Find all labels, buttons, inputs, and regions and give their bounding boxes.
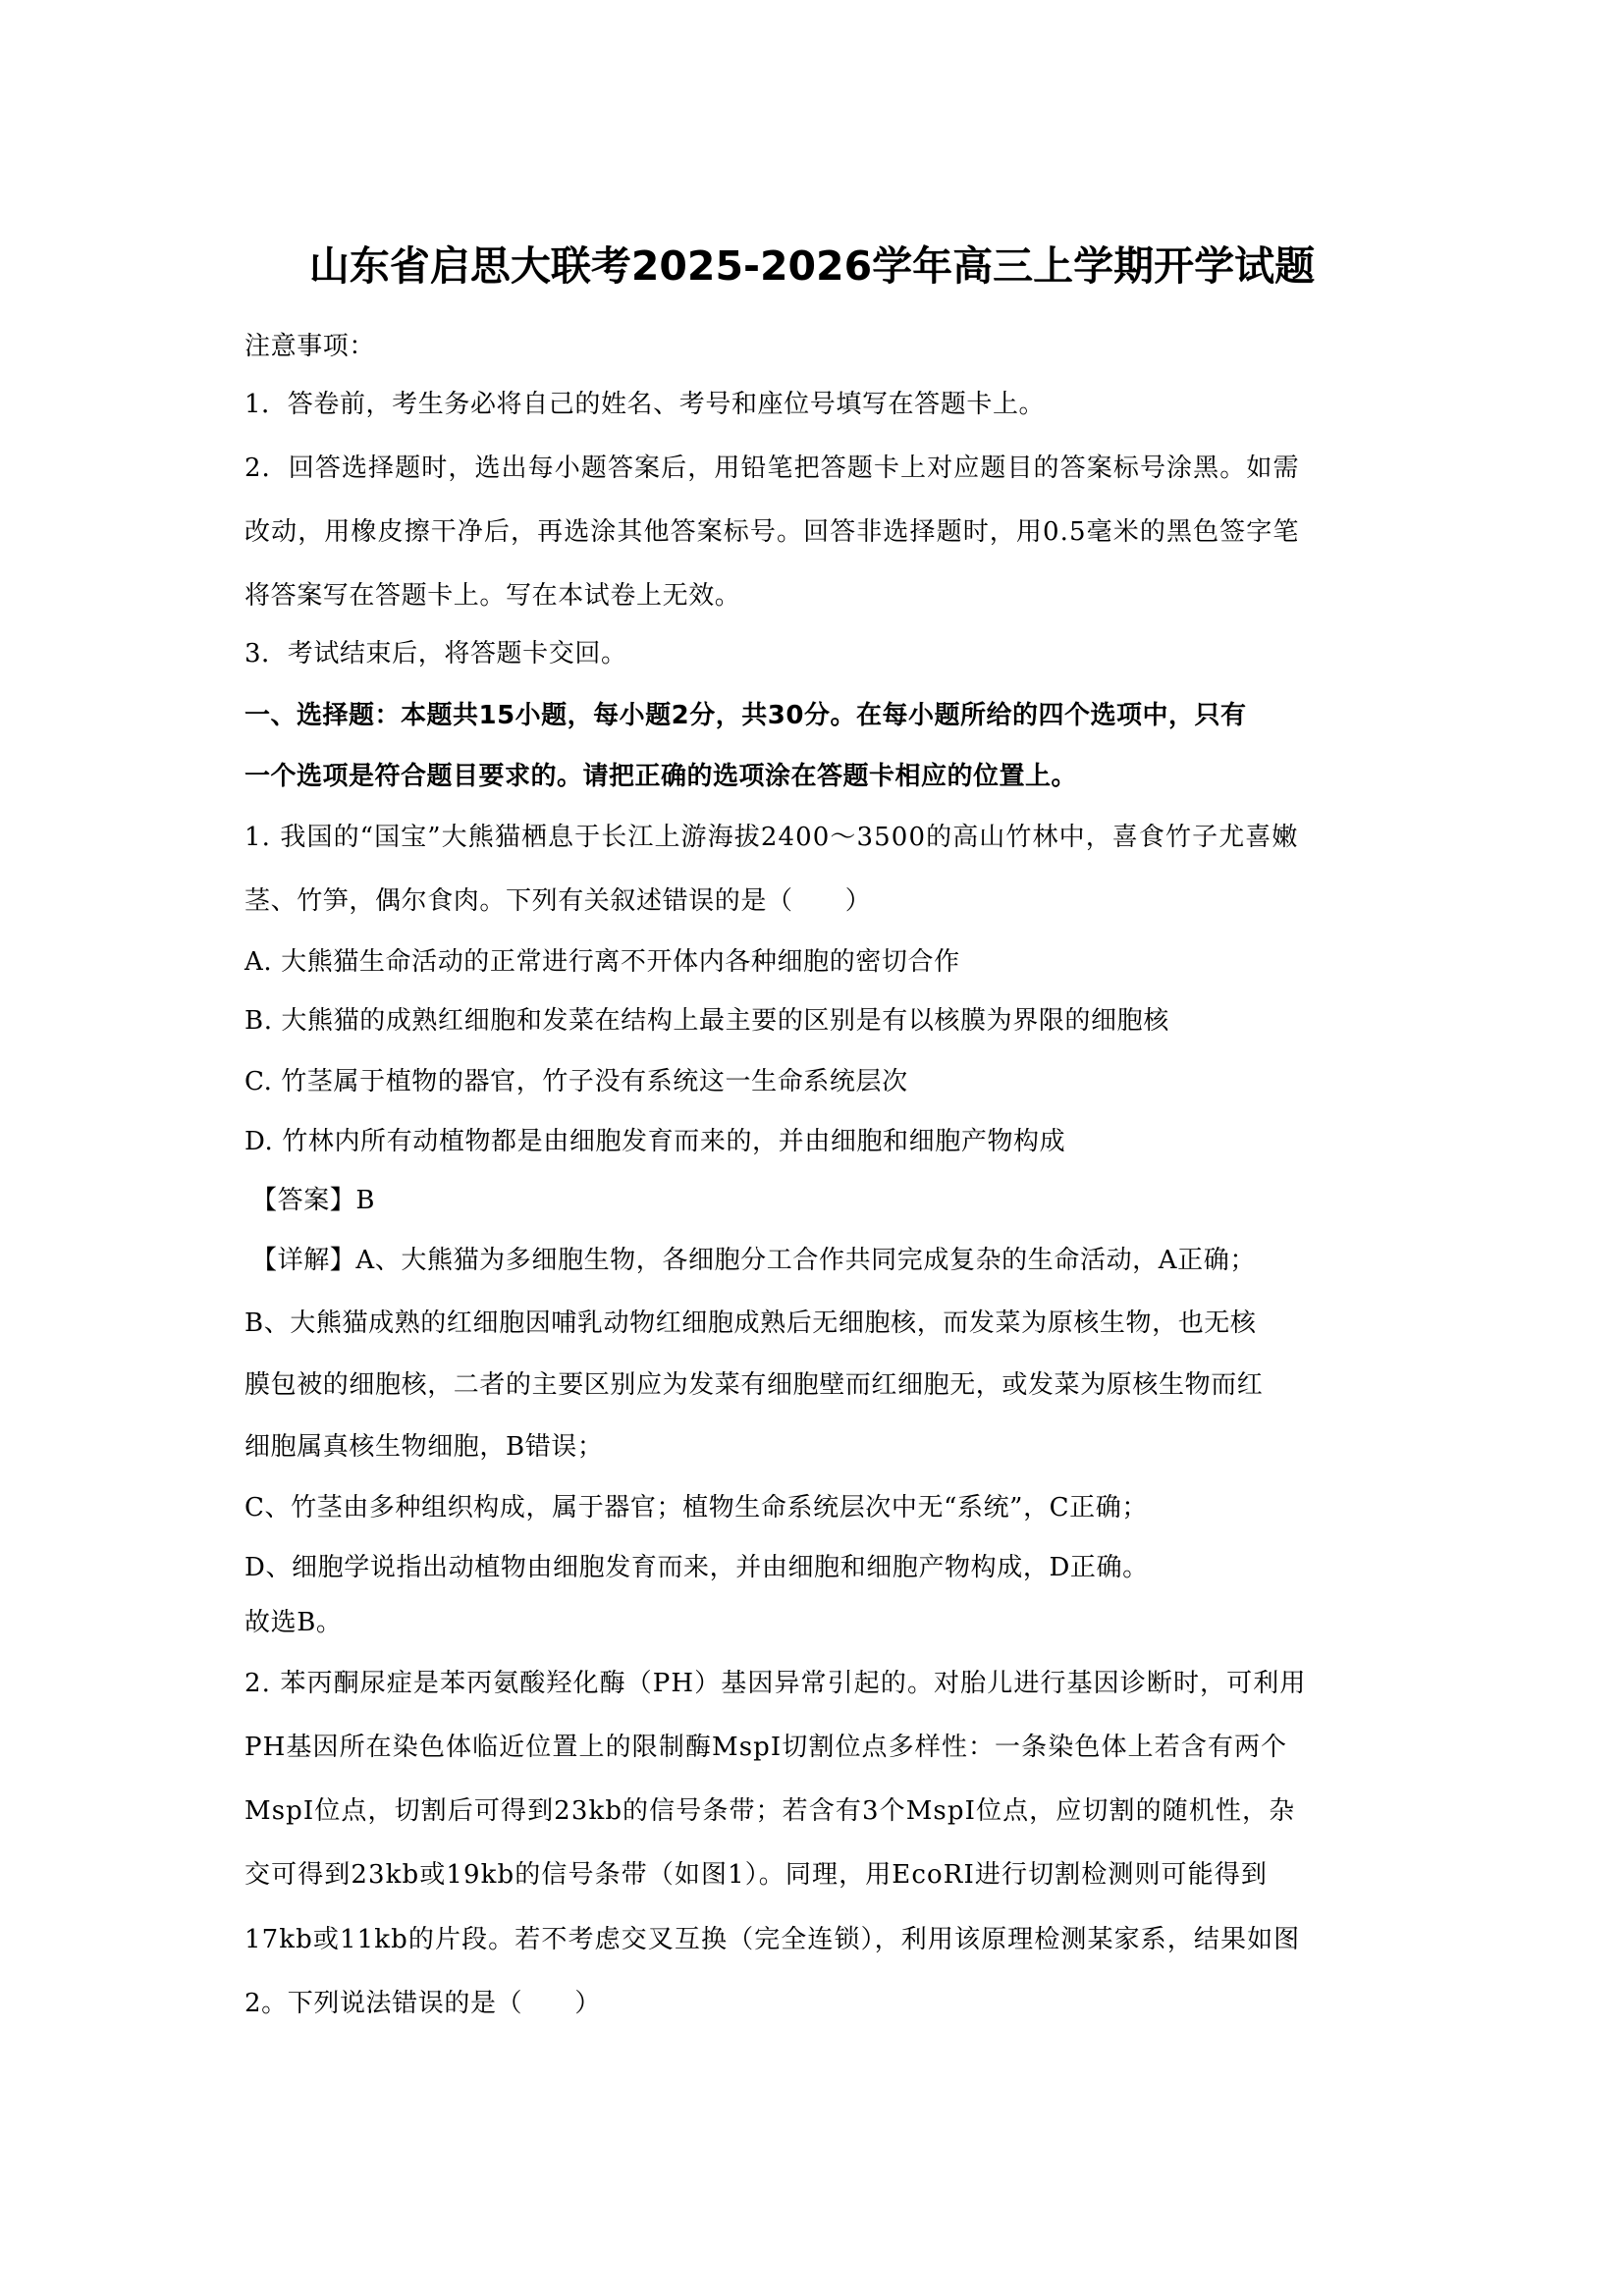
conclusion-line: 故选B。 [244, 1608, 343, 1637]
notice-item: 将答案写在答题卡上。写在本试卷上无效。 [244, 581, 740, 611]
question-stem: MspI位点，切割后可得到23kb的信号条带；若含有3个MspI位点，应切割的随… [244, 1796, 1295, 1826]
page-title: 山东省启思大联考2025-2026学年高三上学期开学试题 [0, 234, 1624, 292]
explanation-line: B、大熊猫成熟的红细胞因哺乳动物红细胞成熟后无细胞核，而发菜为原核生物，也无核 [244, 1308, 1257, 1338]
explanation-line: D、细胞学说指出动植物由细胞发育而来，并由细胞和细胞产物构成，D正确。 [244, 1553, 1149, 1582]
section-heading: 一、选择题：本题共15小题，每小题2分，共30分。在每小题所给的四个选项中，只有 [244, 701, 1246, 730]
explanation-line: 细胞属真核生物细胞，B错误； [244, 1432, 604, 1462]
option-a: A. 大熊猫生命活动的正常进行离不开体内各种细胞的密切合作 [244, 947, 960, 977]
notice-item: 3．考试结束后，将答题卡交回。 [244, 639, 627, 668]
question-stem: PH基因所在染色体临近位置上的限制酶MspI切割位点多样性：一条染色体上若含有两… [244, 1733, 1287, 1762]
notice-item: 2．回答选择题时，选出每小题答案后，用铅笔把答题卡上对应题目的答案标号涂黑。如需 [244, 454, 1300, 483]
explanation-line: C、竹茎由多种组织构成，属于器官；植物生命系统层次中无“系统”，C正确； [244, 1493, 1148, 1522]
option-c: C. 竹茎属于植物的器官，竹子没有系统这一生命系统层次 [244, 1067, 908, 1096]
question-stem: 2. 苯丙酮尿症是苯丙氨酸羟化酶（PH）基因异常引起的。对胎儿进行基因诊断时，可… [244, 1669, 1306, 1698]
question-stem: 茎、竹笋，偶尔食肉。下列有关叙述错误的是（ ） [244, 886, 871, 916]
question-stem: 2。下列说法错误的是（ ） [244, 1989, 601, 2018]
notice-item: 改动，用橡皮擦干净后，再选涂其他答案标号。回答非选择题时，用0.5毫米的黑色签字… [244, 517, 1299, 547]
section-heading: 一个选项是符合题目要求的。请把正确的选项涂在答题卡相应的位置上。 [244, 762, 1077, 791]
question-stem: 1. 我国的“国宝”大熊猫栖息于长江上游海拔2400～3500的高山竹林中，喜食… [244, 823, 1299, 852]
option-d: D. 竹林内所有动植物都是由细胞发育而来的，并由细胞和细胞产物构成 [244, 1127, 1065, 1156]
question-stem: 交可得到23kb或19kb的信号条带（如图1）。同理，用EcoRI进行切割检测则… [244, 1860, 1268, 1890]
explanation-line: 膜包被的细胞核，二者的主要区别应为发菜有细胞壁而红细胞无，或发菜为原核生物而红 [244, 1370, 1263, 1400]
exam-page: 山东省启思大联考2025-2026学年高三上学期开学试题 注意事项： 1．答卷前… [0, 0, 1624, 2296]
option-b: B. 大熊猫的成熟红细胞和发菜在结构上最主要的区别是有以核膜为界限的细胞核 [244, 1006, 1169, 1036]
question-stem: 17kb或11kb的片段。若不考虑交叉互换（完全连锁），利用该原理检测某家系，结… [244, 1925, 1300, 1954]
answer-label: 【答案】B [251, 1186, 375, 1215]
notice-item: 1．答卷前，考生务必将自己的姓名、考号和座位号填写在答题卡上。 [244, 390, 1045, 419]
notice-heading: 注意事项： [244, 332, 375, 361]
explanation-line: 【详解】A、大熊猫为多细胞生物，各细胞分工合作共同完成复杂的生命活动，A正确； [251, 1246, 1256, 1275]
